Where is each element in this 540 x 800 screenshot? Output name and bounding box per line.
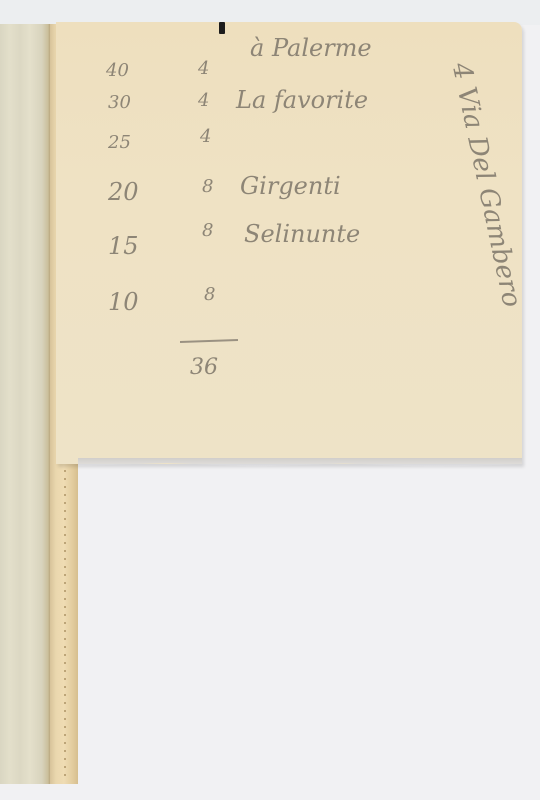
total: 36 bbox=[190, 355, 218, 380]
place-name: La favorite bbox=[236, 86, 368, 114]
amount: 30 bbox=[108, 92, 131, 113]
pin-mark bbox=[219, 22, 225, 34]
amount: 15 bbox=[108, 232, 139, 260]
count: 8 bbox=[204, 284, 215, 305]
place-name: Girgenti bbox=[240, 172, 341, 200]
count: 8 bbox=[202, 220, 213, 241]
count: 4 bbox=[198, 90, 209, 111]
amount: 40 bbox=[106, 60, 129, 81]
amount: 10 bbox=[108, 288, 139, 316]
place-name: Selinunte bbox=[244, 220, 360, 248]
left-page-stack bbox=[0, 24, 50, 784]
amount: 25 bbox=[108, 132, 131, 153]
count: 4 bbox=[200, 126, 211, 147]
count: 8 bbox=[202, 176, 213, 197]
count: 4 bbox=[198, 58, 209, 79]
amount: 20 bbox=[108, 178, 139, 206]
torn-edge-shadow bbox=[78, 458, 522, 468]
place-name: à Palerme bbox=[250, 34, 372, 62]
